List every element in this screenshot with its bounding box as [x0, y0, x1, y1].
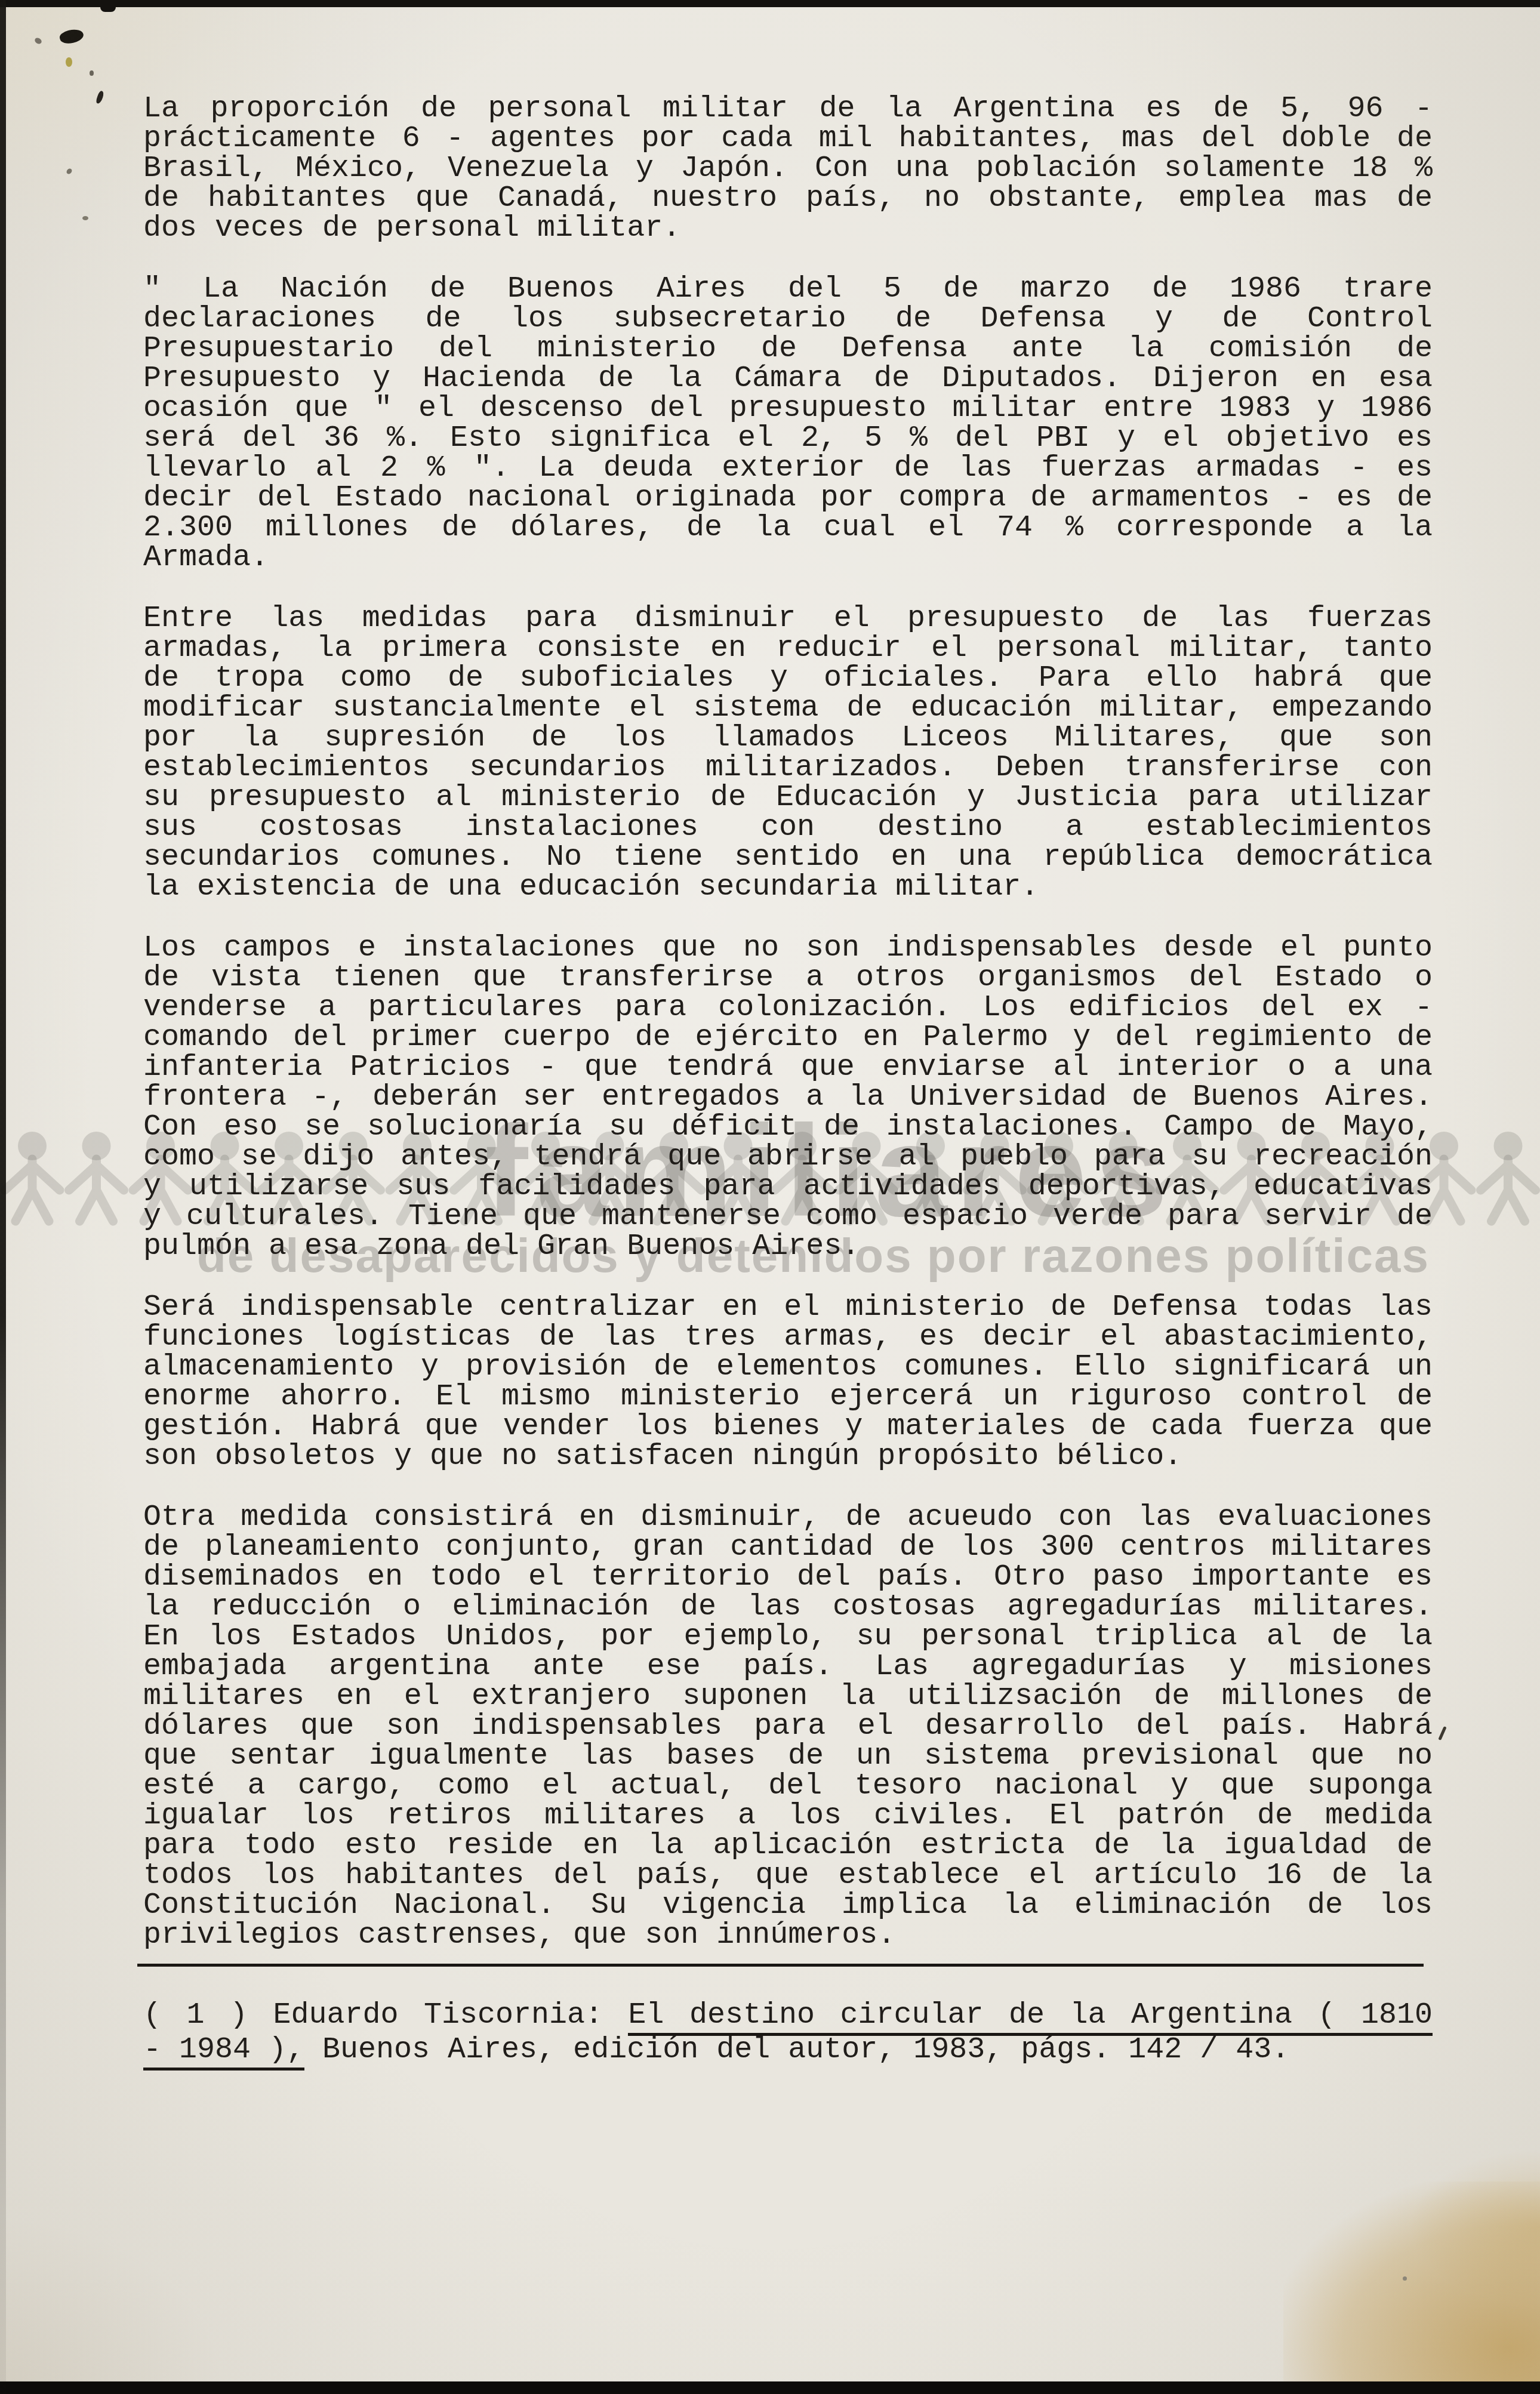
scan-edge-bottom: [0, 2381, 1540, 2394]
scan-edge-notch: [100, 0, 116, 12]
scan-vignette: [0, 0, 1540, 2394]
scan-edge-left: [0, 0, 6, 2394]
document-page: familiares de desaparecidos y detenidos …: [0, 0, 1540, 2394]
scan-edge-top: [0, 0, 1540, 7]
